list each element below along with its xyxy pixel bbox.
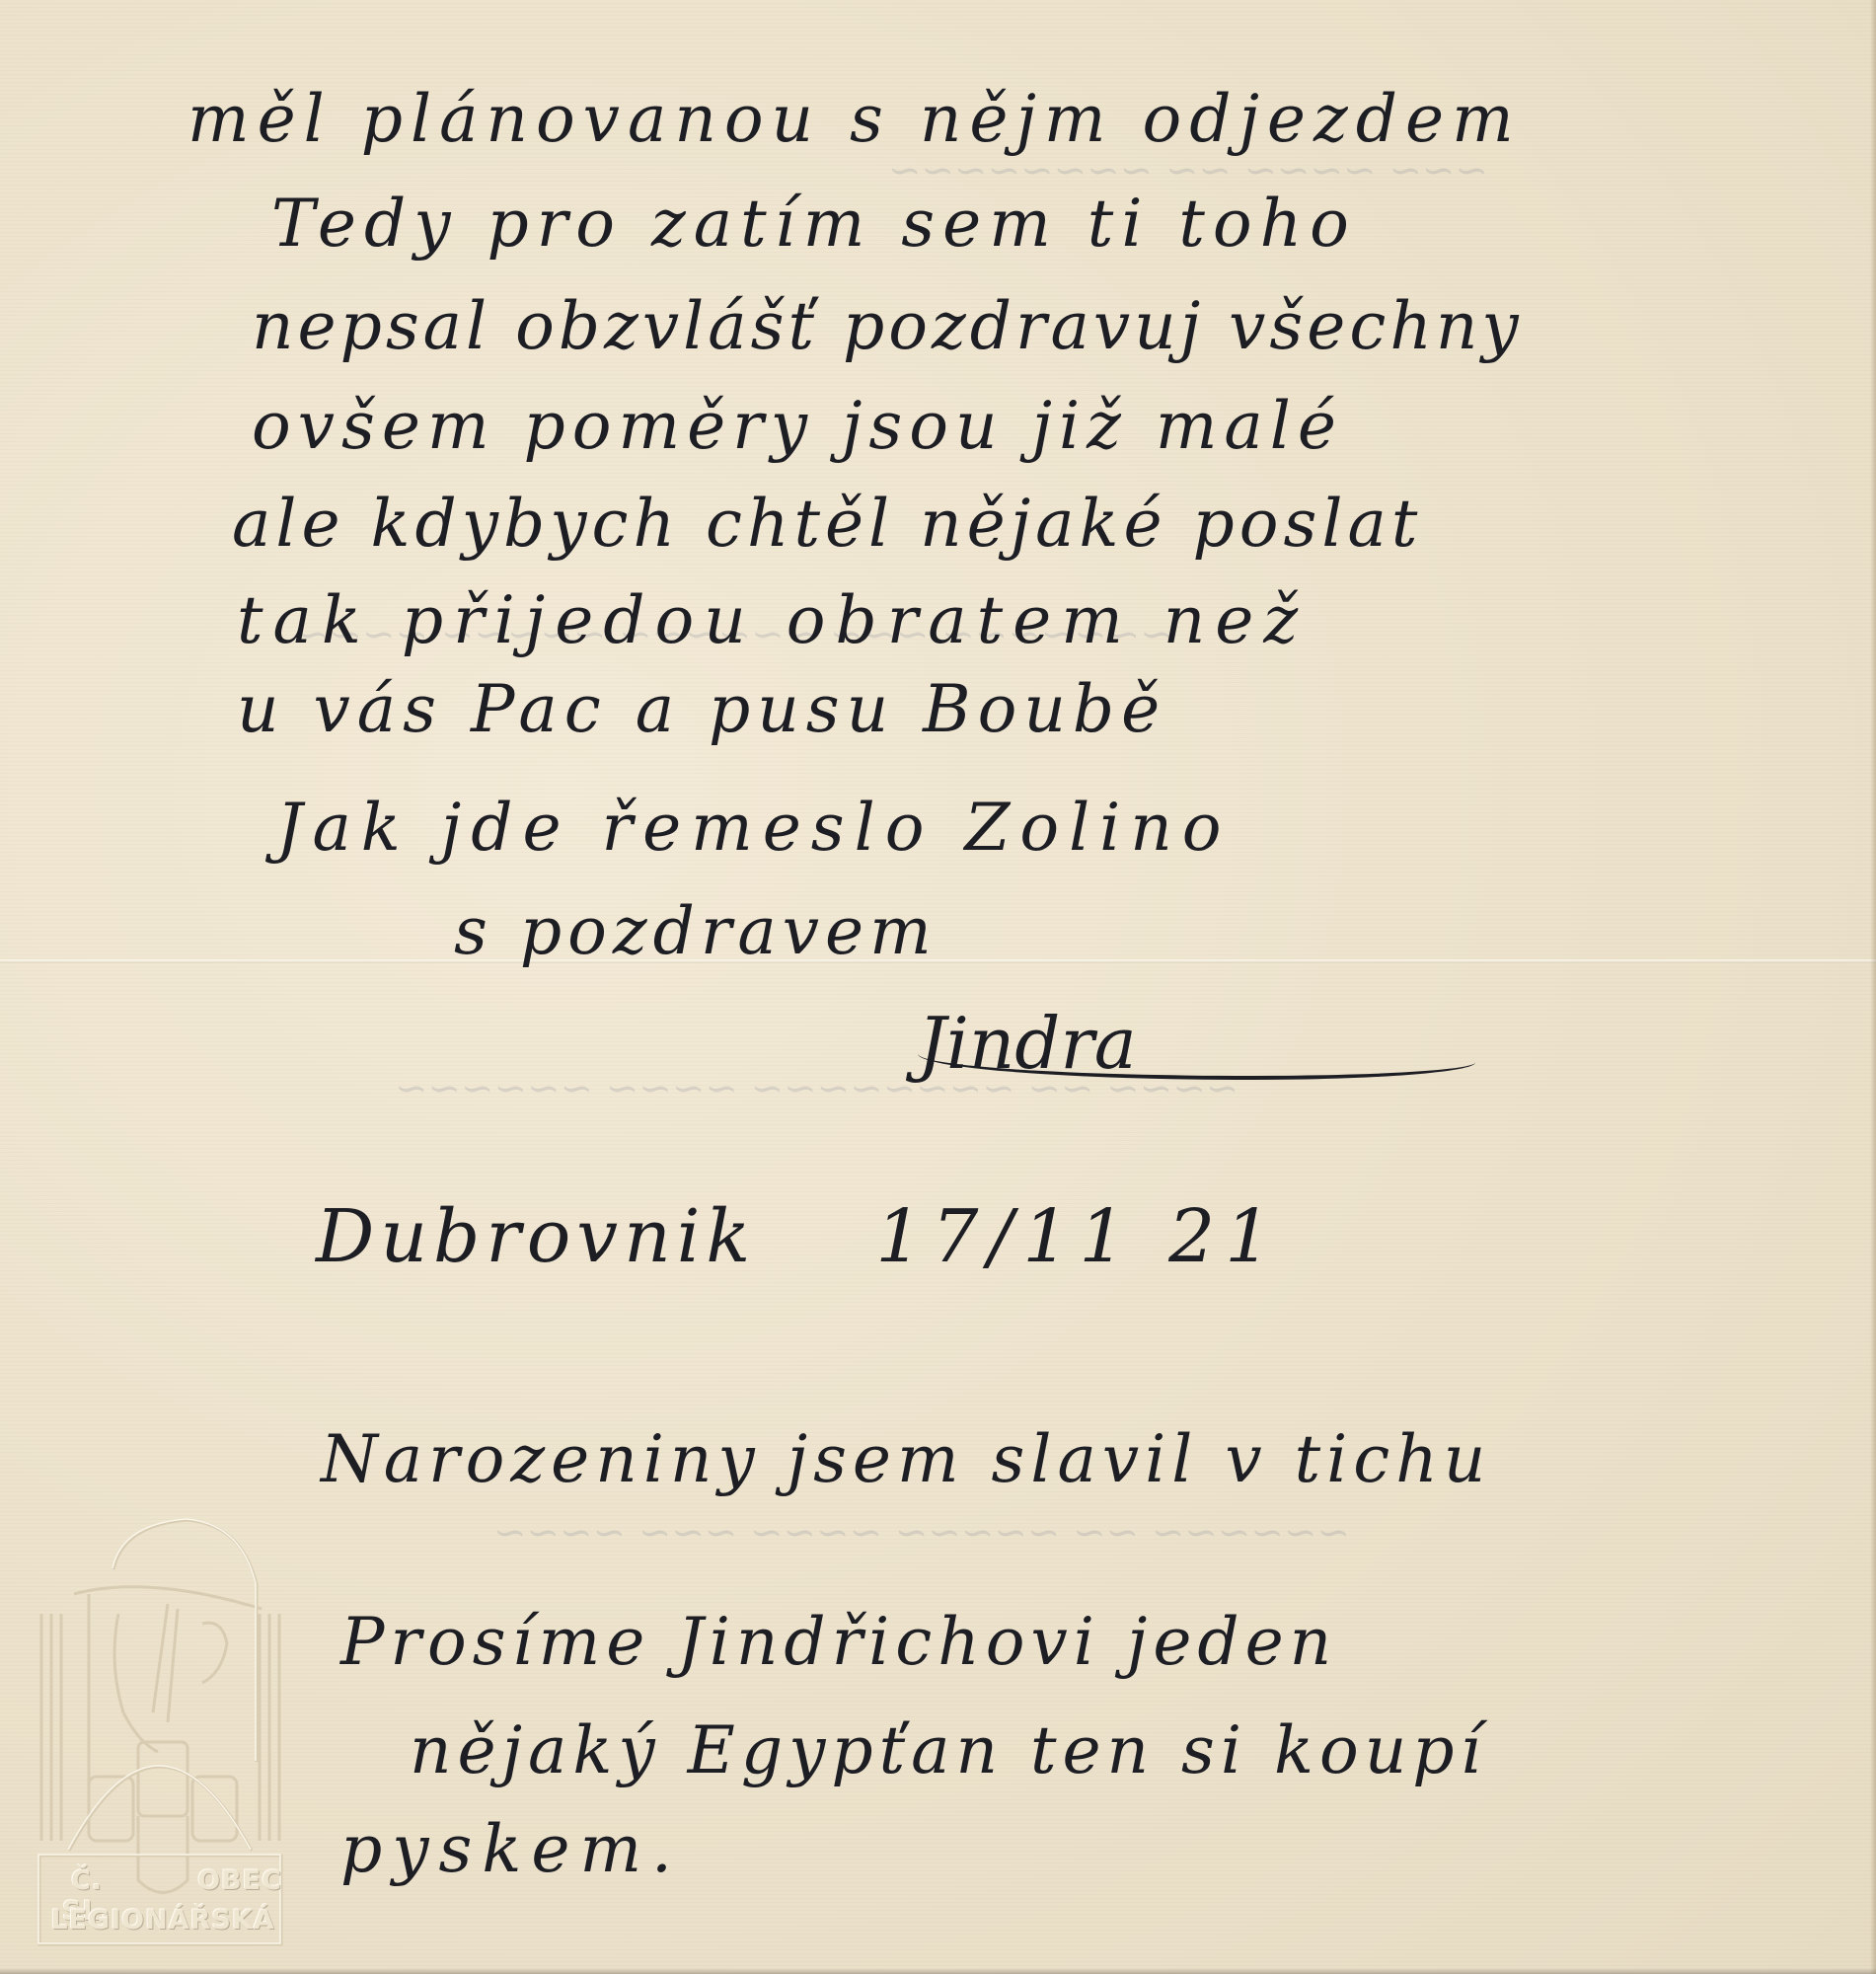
place: Dubrovnik <box>316 1194 756 1279</box>
bleed-through: ~~~~~~ ~~ ~~~~~ ~~~~ ~~~ ~~~~ <box>493 1510 1350 1556</box>
letter-line: měl plánovanou s nějm odjezdem <box>188 81 1522 157</box>
letter-line: u vás Pac a pusu Boubě <box>237 671 1166 747</box>
postscript-line: Prosíme Jindřichovi jeden <box>340 1604 1337 1680</box>
letter-line: ovšem poměry jsou již malé <box>252 388 1343 464</box>
postscript-line: Narozeniny jsem slavil v tichu <box>321 1421 1491 1497</box>
closing-greeting: s pozdravem <box>454 893 938 969</box>
date: 17/11 21 <box>875 1194 1281 1279</box>
stamp-text-bottom: LEGIONÁŘSKÁ <box>44 1905 281 1936</box>
stamp-text-right: OBEC <box>195 1865 284 1896</box>
legionnaire-stamp: Č. SL. OBEC LEGIONÁŘSKÁ <box>30 1515 291 1954</box>
postscript-line: nějaký Egypťan ten si koupí <box>410 1712 1487 1788</box>
paper-fold <box>0 959 1876 963</box>
letter-line: nepsal obzvlášť pozdravuj všechny <box>252 288 1523 364</box>
letter-line: Tedy pro zatím sem ti toho <box>271 186 1357 262</box>
place-date: Dubrovnik 17/11 21 <box>316 1194 1281 1279</box>
postscript-line: pyskem. <box>340 1811 682 1887</box>
letter-page: ~~~ ~~~~ ~~ ~~~~~~~~ ~~~~~~~ ~~~ ~~~~~~ … <box>0 0 1876 1974</box>
letter-line: ale kdybych chtěl nějaké poslat <box>232 486 1422 562</box>
letter-line: Jak jde řemeslo Zolino <box>276 790 1232 866</box>
paper-edge <box>0 1968 1876 1974</box>
letter-line: tak přijedou obratem než <box>237 582 1308 658</box>
